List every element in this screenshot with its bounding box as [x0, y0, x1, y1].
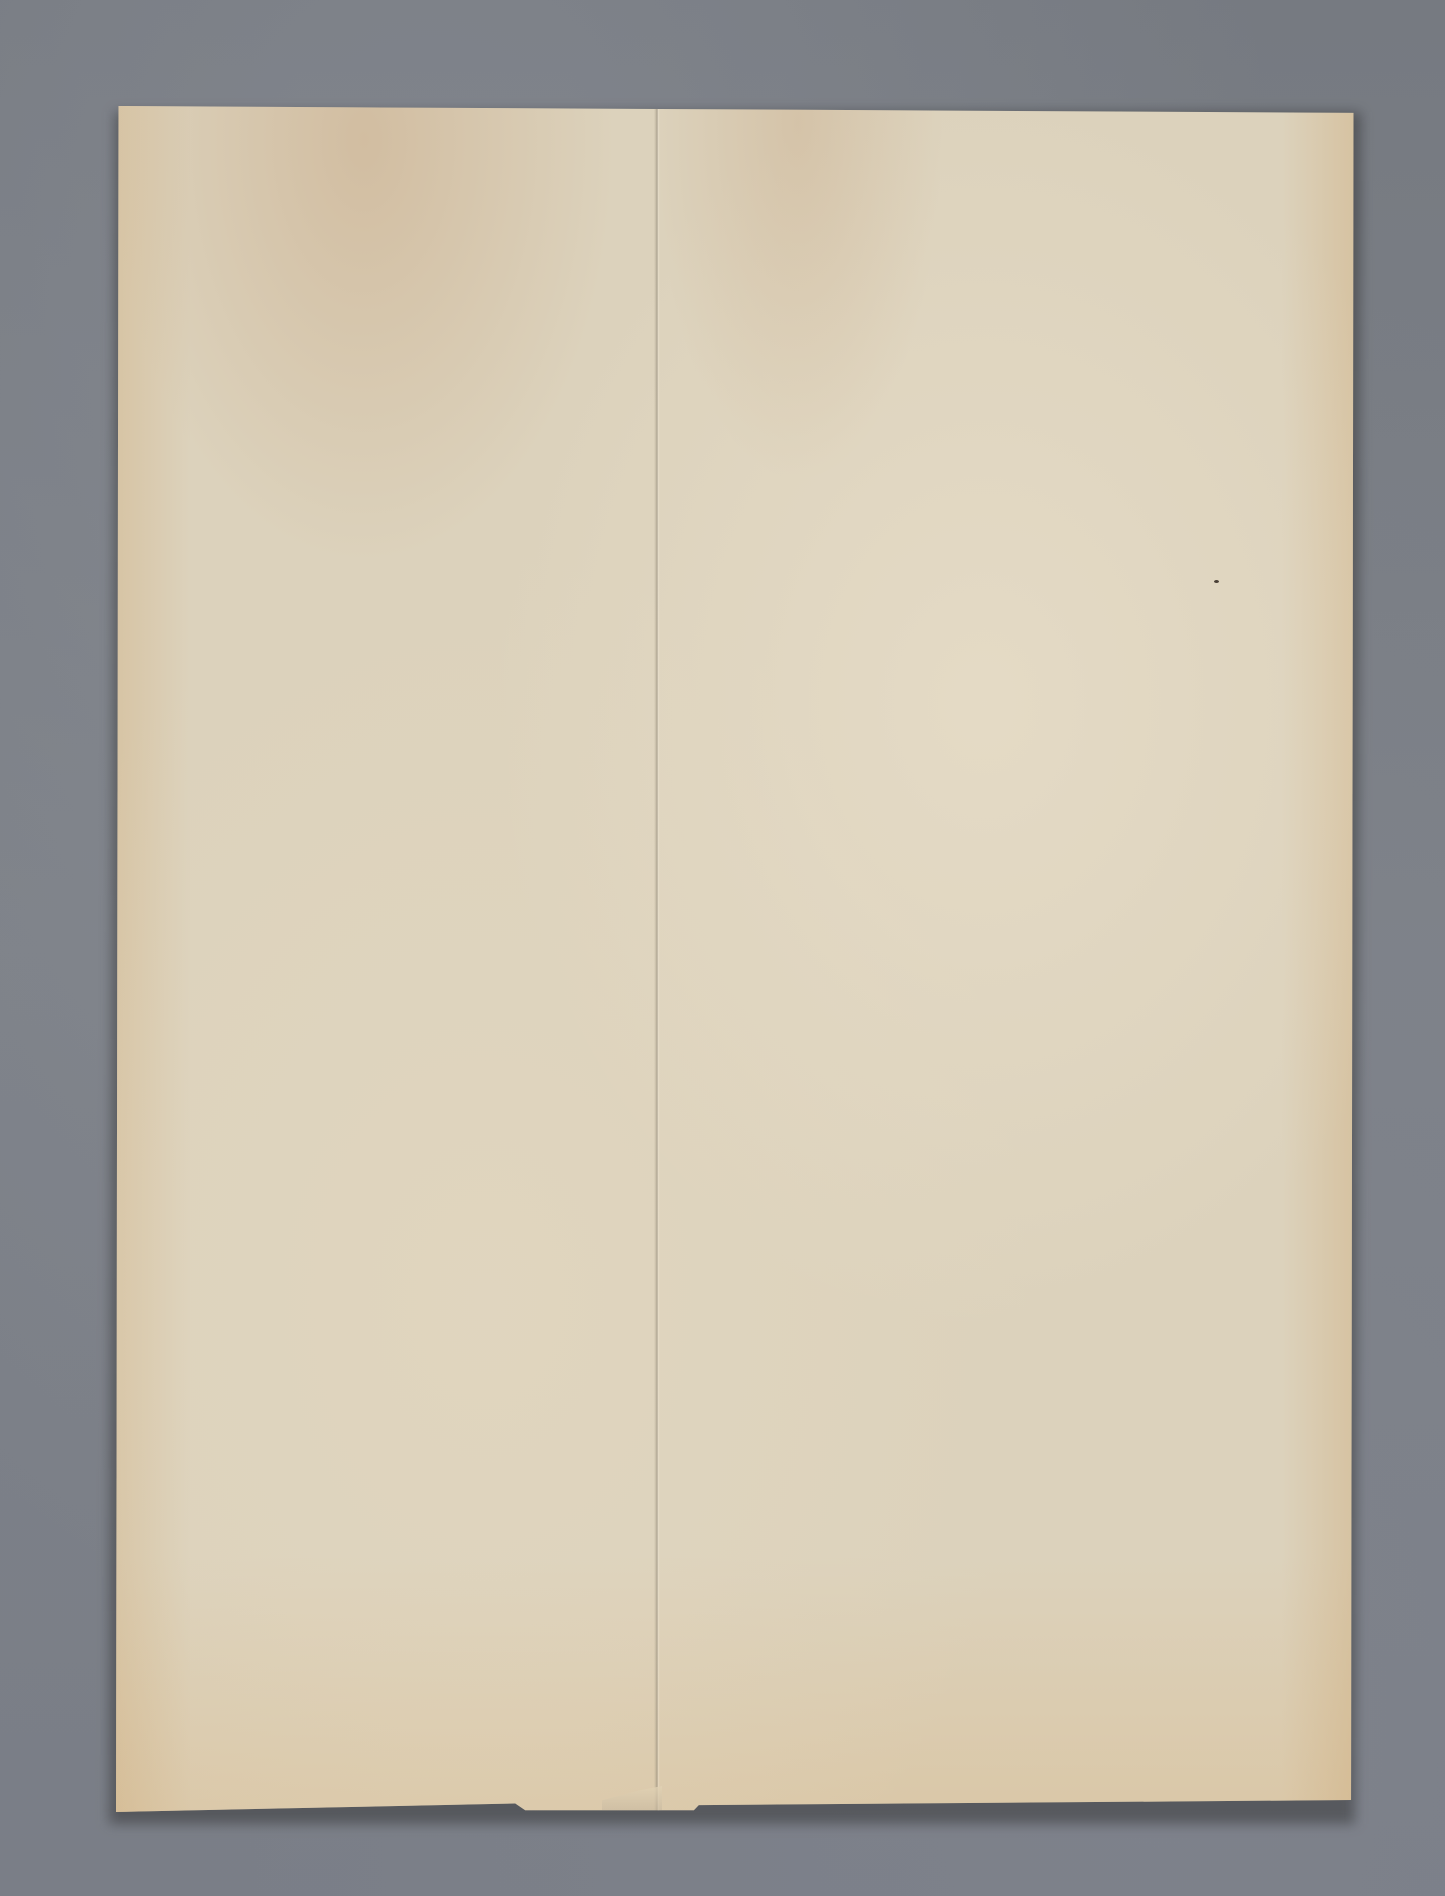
dark-speck — [1214, 580, 1219, 583]
vertical-fold-crease — [654, 106, 660, 1812]
bottom-edge-tear — [602, 1786, 662, 1810]
blank-aged-paper-sheet — [116, 106, 1356, 1812]
